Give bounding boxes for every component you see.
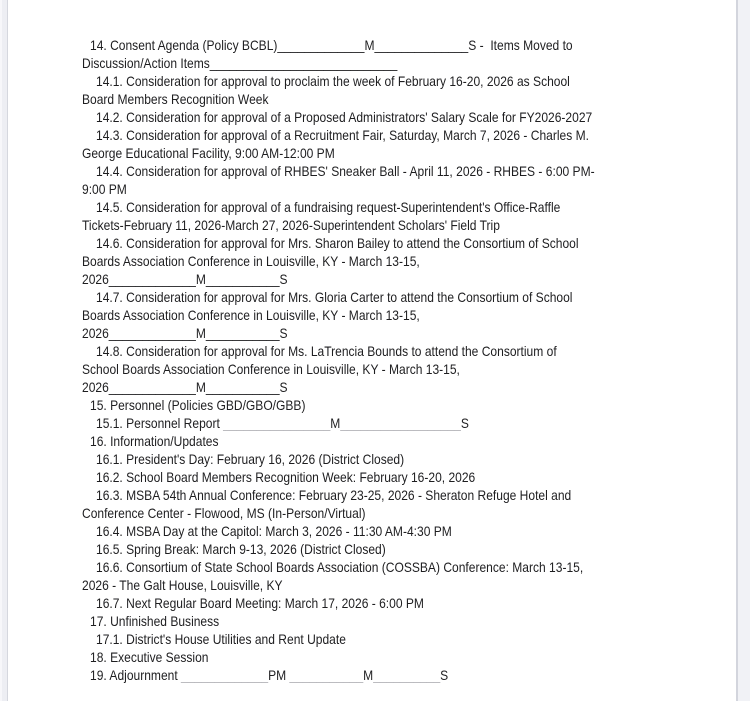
agenda-text: 16. Information/Updates [90, 433, 219, 449]
agenda-text: 14.7. Consideration for approval for Mrs… [96, 289, 572, 305]
agenda-text: M [330, 415, 340, 431]
agenda-line: 18. Executive Session [82, 648, 736, 666]
agenda-text: 15. Personnel (Policies GBD/GBO/GBB) [90, 397, 305, 413]
agenda-text: S [280, 325, 288, 341]
agenda-line: 14.7. Consideration for approval for Mrs… [82, 288, 736, 306]
agenda-text: Discussion/Action Items [82, 55, 210, 71]
agenda-text: 16.2. School Board Members Recognition W… [96, 469, 475, 485]
agenda-lines: 14. Consent Agenda (Policy BCBL)________… [82, 36, 736, 684]
agenda-text: George Educational Facility, 9:00 AM-12:… [82, 145, 335, 161]
agenda-text: M [363, 667, 373, 683]
agenda-text: _____________ [109, 271, 196, 287]
page-edge-left [0, 0, 8, 701]
agenda-line: 15.1. Personnel Report ________________M… [82, 414, 736, 432]
fill-in-blank: ___________ [290, 667, 364, 683]
agenda-line: Board Members Recognition Week [82, 90, 736, 108]
agenda-line: 14.6. Consideration for approval for Mrs… [82, 234, 736, 252]
agenda-text: 17.1. District's House Utilities and Ren… [96, 631, 346, 647]
agenda-text: 15.1. Personnel Report [96, 415, 223, 431]
agenda-text: 14.8. Consideration for approval for Ms.… [96, 343, 557, 359]
agenda-text: 14.4. Consideration for approval of RHBE… [96, 163, 595, 179]
agenda-line: 14.1. Consideration for approval to proc… [82, 72, 736, 90]
agenda-text: 16.3. MSBA 54th Annual Conference: Febru… [96, 487, 571, 503]
fill-in-blank: _____________ [181, 667, 268, 683]
agenda-text: 16.5. Spring Break: March 9-13, 2026 (Di… [96, 541, 386, 557]
agenda-text: M [196, 271, 206, 287]
agenda-text: ______________ [374, 37, 468, 53]
agenda-line: 16.3. MSBA 54th Annual Conference: Febru… [82, 486, 736, 504]
agenda-text: 9:00 PM [82, 181, 127, 197]
agenda-line: Boards Association Conference in Louisvi… [82, 306, 736, 324]
document-viewport[interactable]: 14. Consent Agenda (Policy BCBL)________… [9, 0, 736, 701]
agenda-text: ___________ [206, 379, 280, 395]
agenda-text: PM [268, 667, 289, 683]
agenda-text: Conference Center - Flowood, MS (In-Pers… [82, 505, 366, 521]
agenda-text: 18. Executive Session [90, 649, 208, 665]
agenda-text: ___________ [206, 325, 280, 341]
agenda-text: 16.1. President's Day: February 16, 2026… [96, 451, 404, 467]
agenda-line: 16.6. Consortium of State School Boards … [82, 558, 736, 576]
agenda-text: Board Members Recognition Week [82, 91, 268, 107]
agenda-line: 14. Consent Agenda (Policy BCBL)________… [82, 36, 736, 54]
agenda-text: 2026 [82, 379, 109, 395]
agenda-line: 14.4. Consideration for approval of RHBE… [82, 162, 736, 180]
agenda-line: 17. Unfinished Business [82, 612, 736, 630]
agenda-text: S - Items Moved to [468, 37, 572, 53]
agenda-text: M [196, 379, 206, 395]
agenda-text: _____________ [109, 379, 196, 395]
agenda-text: 19. Adjournment [90, 667, 181, 683]
agenda-text: 14.3. Consideration for approval of a Re… [96, 127, 589, 143]
agenda-text: ____________________________ [210, 55, 397, 71]
agenda-text: S [280, 271, 288, 287]
page-edge-right [736, 0, 750, 701]
agenda-text: 17. Unfinished Business [90, 613, 219, 629]
agenda-line: 16.2. School Board Members Recognition W… [82, 468, 736, 486]
agenda-line: 17.1. District's House Utilities and Ren… [82, 630, 736, 648]
agenda-text: M [364, 37, 374, 53]
agenda-text: 14.6. Consideration for approval for Mrs… [96, 235, 579, 251]
agenda-line: 16.1. President's Day: February 16, 2026… [82, 450, 736, 468]
agenda-line: 16.7. Next Regular Board Meeting: March … [82, 594, 736, 612]
agenda-line: 2026_____________M___________S [82, 324, 736, 342]
agenda-line: School Boards Association Conference in … [82, 360, 736, 378]
agenda-text: 14.1. Consideration for approval to proc… [96, 73, 570, 89]
agenda-line: 16.5. Spring Break: March 9-13, 2026 (Di… [82, 540, 736, 558]
agenda-line: 2026_____________M___________S [82, 378, 736, 396]
agenda-text: S [280, 379, 288, 395]
agenda-text: S [440, 667, 448, 683]
agenda-line: 9:00 PM [82, 180, 736, 198]
agenda-text: _____________ [109, 325, 196, 341]
agenda-text: 14.5. Consideration for approval of a fu… [96, 199, 560, 215]
agenda-line: George Educational Facility, 9:00 AM-12:… [82, 144, 736, 162]
agenda-line: 19. Adjournment _____________PM ________… [82, 666, 736, 684]
agenda-text: 16.6. Consortium of State School Boards … [96, 559, 583, 575]
agenda-line: 2026 - The Galt House, Louisville, KY [82, 576, 736, 594]
agenda-line: Discussion/Action Items_________________… [82, 54, 736, 72]
agenda-text: 2026 [82, 271, 109, 287]
agenda-line: 14.3. Consideration for approval of a Re… [82, 126, 736, 144]
agenda-text: Tickets-February 11, 2026-March 27, 2026… [82, 217, 500, 233]
agenda-text: ___________ [206, 271, 280, 287]
agenda-text: 14.2. Consideration for approval of a Pr… [96, 109, 592, 125]
agenda-line: 16.4. MSBA Day at the Capitol: March 3, … [82, 522, 736, 540]
agenda-text: 2026 - The Galt House, Louisville, KY [82, 577, 283, 593]
agenda-text: M [196, 325, 206, 341]
agenda-line: 2026_____________M___________S [82, 270, 736, 288]
fill-in-blank: __________ [373, 667, 440, 683]
fill-in-blank: ________________ [223, 415, 330, 431]
agenda-text: _____________ [277, 37, 364, 53]
agenda-text: School Boards Association Conference in … [82, 361, 460, 377]
agenda-text: S [461, 415, 469, 431]
agenda-text: Boards Association Conference in Louisvi… [82, 253, 420, 269]
agenda-line: Conference Center - Flowood, MS (In-Pers… [82, 504, 736, 522]
agenda-line: Tickets-February 11, 2026-March 27, 2026… [82, 216, 736, 234]
agenda-text: 16.4. MSBA Day at the Capitol: March 3, … [96, 523, 452, 539]
agenda-line: 14.5. Consideration for approval of a fu… [82, 198, 736, 216]
agenda-text: 16.7. Next Regular Board Meeting: March … [96, 595, 424, 611]
agenda-line: Boards Association Conference in Louisvi… [82, 252, 736, 270]
agenda-line: 15. Personnel (Policies GBD/GBO/GBB) [82, 396, 736, 414]
agenda-text: 14. Consent Agenda (Policy BCBL) [90, 37, 277, 53]
agenda-text: Boards Association Conference in Louisvi… [82, 307, 420, 323]
fill-in-blank: __________________ [340, 415, 461, 431]
agenda-line: 14.2. Consideration for approval of a Pr… [82, 108, 736, 126]
agenda-text: 2026 [82, 325, 109, 341]
agenda-line: 14.8. Consideration for approval for Ms.… [82, 342, 736, 360]
agenda-line: 16. Information/Updates [82, 432, 736, 450]
